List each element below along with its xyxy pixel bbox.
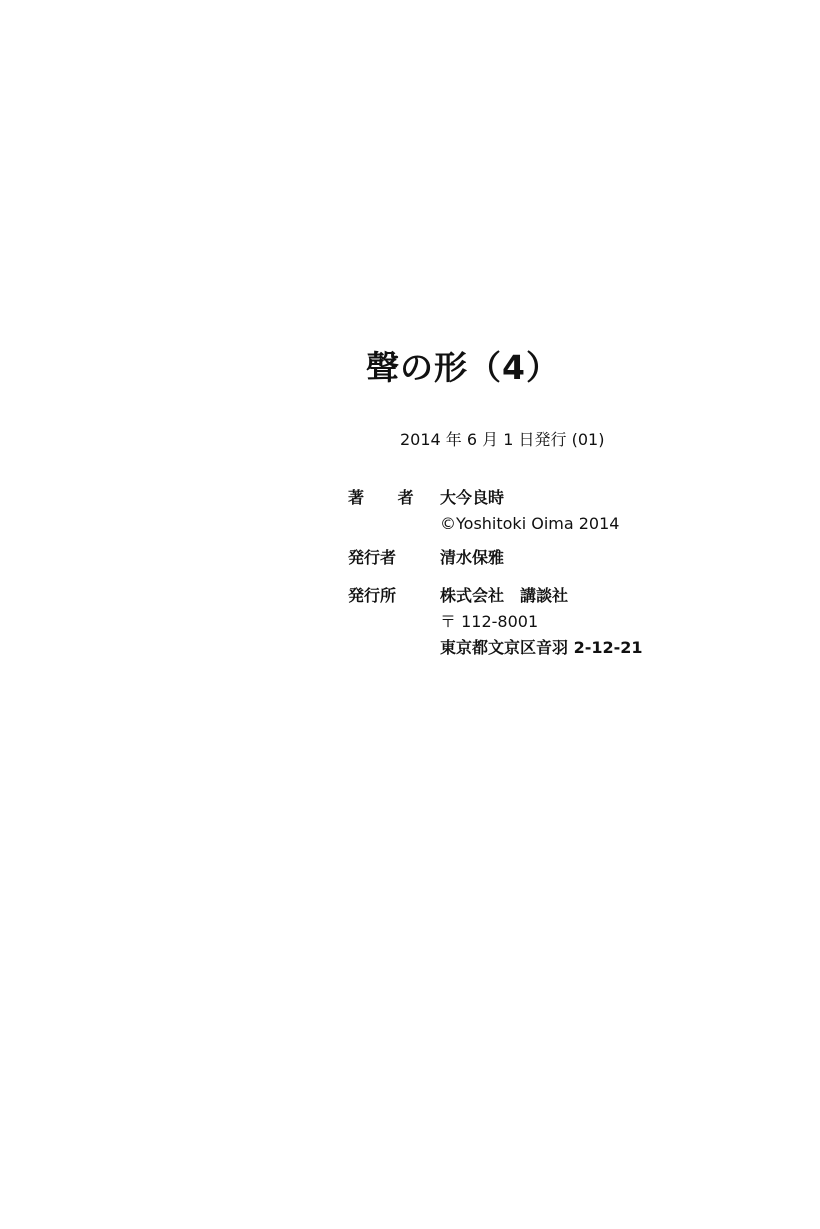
publishing-house-label: 発行所 bbox=[348, 586, 396, 606]
publishing-house-name: 株式会社 講談社 bbox=[440, 586, 568, 606]
publisher-label: 発行者 bbox=[348, 548, 396, 568]
publisher-name: 清水保雅 bbox=[440, 548, 504, 568]
book-title: 聲の形（4） bbox=[366, 346, 560, 390]
author-name: 大今良時 bbox=[440, 488, 504, 508]
address: 東京都文京区音羽 2-12-21 bbox=[440, 638, 643, 658]
author-label: 著 者 bbox=[348, 488, 428, 508]
postal-code: 〒 112-8001 bbox=[440, 612, 538, 632]
issue-date: 2014 年 6 月 1 日発行 (01) bbox=[400, 430, 604, 450]
copyright-line: ©Yoshitoki Oima 2014 bbox=[440, 514, 619, 534]
